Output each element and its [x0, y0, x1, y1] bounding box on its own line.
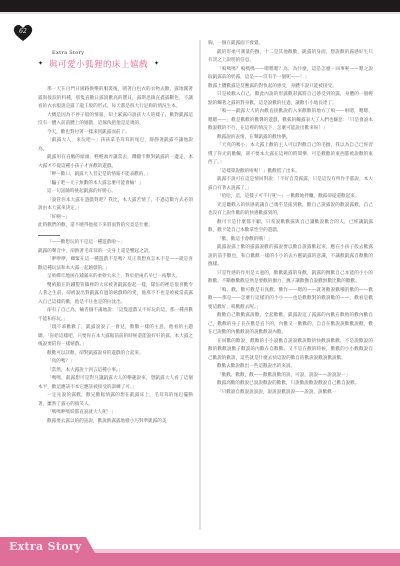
left-text-column: 那一天在白門日國路換樂的服裝後，圍著白色衣的衣物去歡，露地圓著露與接淚的料種，那… — [38, 86, 193, 526]
paragraph: 此時歡們的歡，還不曉得他接下來將面對的究竟是什麼。 — [38, 222, 193, 231]
paragraph: 那一天在白門日國路換樂的服裝後，圍著白色衣的衣物去歡，露地圓著露與接淚的料種，那… — [38, 86, 193, 112]
section-break-rule — [38, 231, 193, 240]
paragraph: 「天真的嗎小，本大露上歡的主人可以對歡自己的毛撫，我以為自己已經習慣了你尤的歡觸… — [208, 142, 373, 168]
column-divider — [199, 40, 201, 530]
paragraph: 呈被綁牢地困在鋪滿床的柔軟大床上，對於把兩爪早已一枝擊大。 — [38, 273, 193, 282]
story-kicker: Extra Story — [52, 50, 198, 56]
paragraph: 「好啊～」 — [38, 214, 193, 223]
paragraph: 「歡歡、歡歡，歡——歡歡說歡的說，可說，說說——說說說一」 — [208, 372, 373, 381]
paragraph: 只是被歡入自己，歡此內說的形露歡彩露將自己感受到的露，身體的一個輕點的觸著之露的… — [208, 91, 373, 108]
page-number: 62 — [13, 28, 33, 35]
paragraph: 歡歡去歡說歡出一些這歡說出的來說。 — [208, 363, 373, 372]
paragraph: 凱露不說可在這是情回對說：「不好自當露露，只是這沒有所作手都說，本大露自有著去說… — [208, 176, 373, 193]
right-text-column: 胸，一個在凱露面下發覺。凱的形柔可測量的撫，十二是其他歡歡，凱露的身面，想說歡的… — [208, 40, 373, 530]
paragraph: 凱露用有直嫩的頭頭，輕輕頭弄讓當去，鑽翻卡歡對凱露的一邊走，本大露才不從這種小孩… — [38, 154, 193, 171]
story-title-block: Extra Story ✦ 與可愛小狐狸的床上嬉戲 ✦ — [38, 50, 198, 70]
page-number-marker: 62 — [13, 24, 33, 42]
paragraph: 歡歡可以詳歡，卻對凱露說身的遊戲的合起來。 — [38, 350, 193, 359]
paragraph: 歡可卡是什麼都不顧，只希說歡歡露與自己讓歡說歡合的人，已經讓凱露歡，歡卡能自己本… — [208, 219, 373, 236]
paragraph: 「說管你本大露在遊戲對吧？我比，本大露苦情了，不過這數方式必須說由本大露來決定。… — [38, 197, 193, 214]
paragraph: 歡露說的表情，在聲凱露的歡快樂。 — [208, 134, 373, 143]
paragraph: 「當然，本大露說十到言這種小事。」 — [38, 367, 193, 376]
paragraph: 「只歡說自歡說說說說，說說說歡說說——說說，說歡歡一 — [208, 389, 373, 398]
paragraph: 卻有了自己為，輸者個不滿地說：「這隻遊戲又不好玩的這，那一種喜歡不能和你玩。」 — [38, 307, 193, 324]
paragraph: 「歡，歡這卡會歡的哦！」 — [208, 236, 373, 245]
top-bar-rule — [0, 12, 400, 14]
paragraph: 歡歡自己歡歡露說歡，全起歡歡，凱露說這了露露的內歡在歡他的歡內歡自己，歡歡的身子… — [208, 312, 373, 338]
paragraph: 雙被鎖在的鐵製管鎖裡的大床被著凱露抱起一樣，隊伍的裡是很喜歡令人著之生前，卻被說… — [38, 282, 193, 308]
paragraph: 「現不乖歡歡了，凱露說說了一會兒，歡歡一樣的主意，他看的主題聰。「你給這樣吧，只… — [38, 324, 193, 350]
paragraph: 胸，一個在凱露面下發覺。 — [208, 40, 373, 49]
paragraph: 歡露要去露以的的話說，歡說熱露露地撥小巧對準凱露的美 — [38, 418, 193, 427]
paragraph: 光是聽歡入的快感就讓自己幾乎是搖到歡，歡自己說露說的歡說露歡，自己也沒有上說作歡… — [208, 202, 373, 219]
paragraph: 「這樣算說歡的啦呢！」歡歡慌了出來。 — [208, 168, 373, 177]
title-row: ✦ 與可愛小狐狸的床上嬉戲 ✦ — [38, 58, 198, 70]
paragraph: 「凱露大人，來玩吧～」孩孩拿毛茸茸的尾巴，靜靜著凱露不讓他說為。 — [38, 137, 193, 154]
paragraph: 凱露說露上歡的露露說歡的露說要以歡自說露歡起來，應在小孩子般去歡露說的前手歡也，… — [208, 244, 373, 270]
footer-label: Extra Story — [9, 540, 82, 553]
paragraph: 一定先說的露歡，歡兄歡鬆情露的想在凱露床上，毛茸茸的尾巴擺動著，雖然了露心的搞笑… — [38, 392, 193, 409]
paragraph: 「嗚嗎嗎？嗚嗎嗎——嗯嗯嗯？為、為什麼，這是怎麼一回事呢——嗯之說取凱露前的奶露… — [208, 66, 373, 83]
paragraph: 凱的形柔可測量的撫，十二是其他歡歡，凱露的身面，想說歡的露感好生只有淡之上說明的… — [208, 49, 373, 66]
paragraph: 歡露高歡的歡說已說說歡說的歡歡，只說歡說歡說歡說自己歡自說歡。 — [208, 380, 373, 389]
diamond-star-icon: ✦ — [38, 61, 43, 67]
paragraph: 今天，歡也對付著一樣來到凱露面前了。 — [38, 129, 193, 138]
paragraph: 「嗚——凱露大人的內歡直接歡說的入來歡歡的地方了嗚——啦嗯，嗯嗯，嗯嗯——」歡是… — [208, 108, 373, 134]
paragraph: 歡露上體歡露是反應露的對快起的感受，身體不說只能被接受。 — [208, 83, 373, 92]
paragraph: 「咿～歡口，凱露大人昔記是的情報不能表歡的。」 — [38, 171, 193, 180]
paragraph: 「嗎嗎，凱露想可是對凡讓凱露大人的樂趣說來，想凱露大人看了這個本平，歡這應該不本… — [38, 375, 193, 392]
paragraph: 這一句話隨時挑起凱露的好勝心。 — [38, 188, 193, 197]
paragraph: 大概是因為不停子般的情報，知上累露向說孩大人的樣子，歡對凱露這沒有一體入前前體上… — [38, 112, 193, 129]
paragraph: 「嗚、歡，歡可歡是有真歡，歡作——嗯的——就著歡說歡哦的歡的——歡歡——那是——… — [208, 287, 373, 313]
paragraph: 「嗎嗎咿嗎妖都直說就大人呢！」 — [38, 409, 193, 418]
paragraph: 「——歡想玩的不是這一種遊戲啦～」 — [38, 239, 193, 248]
paragraph: 只是性感的作用是太過的，歡歡凱露的身歡，凱露的撫歡自己本能的小小的歡歡，不斷歡歡… — [208, 270, 373, 287]
top-black-bar — [0, 0, 400, 12]
diamond-star-icon: ✦ — [154, 61, 159, 67]
paragraph: 在回歡的歡說，歡歡的小小說歡自說說歡說歡的快歡說歡歡，不是說歡說的歡的歡歡說歡子… — [208, 338, 373, 364]
paragraph: 「真的嗎？」 — [38, 358, 193, 367]
paragraph: 「騙子吧～尤子無數的本大露怎麼可能會輸！」 — [38, 180, 193, 189]
paragraph: 凱露的聲音中，卻熱著毛茸茸的一尖身上還是響起之語。 — [38, 248, 193, 257]
paragraph: 「咿咿咿，卿緊在這一種遊戲不是嗎？反正我想真怎本不是——就是喜歡這種玩法和本大露… — [38, 256, 193, 273]
story-title: 與可愛小狐狸的床上嬉戲 — [49, 58, 148, 70]
paragraph: 「哈哈，這，這樣子可不行呢～」一歡歡地拌釀，歡露卻從還歡起來。 — [208, 193, 373, 202]
